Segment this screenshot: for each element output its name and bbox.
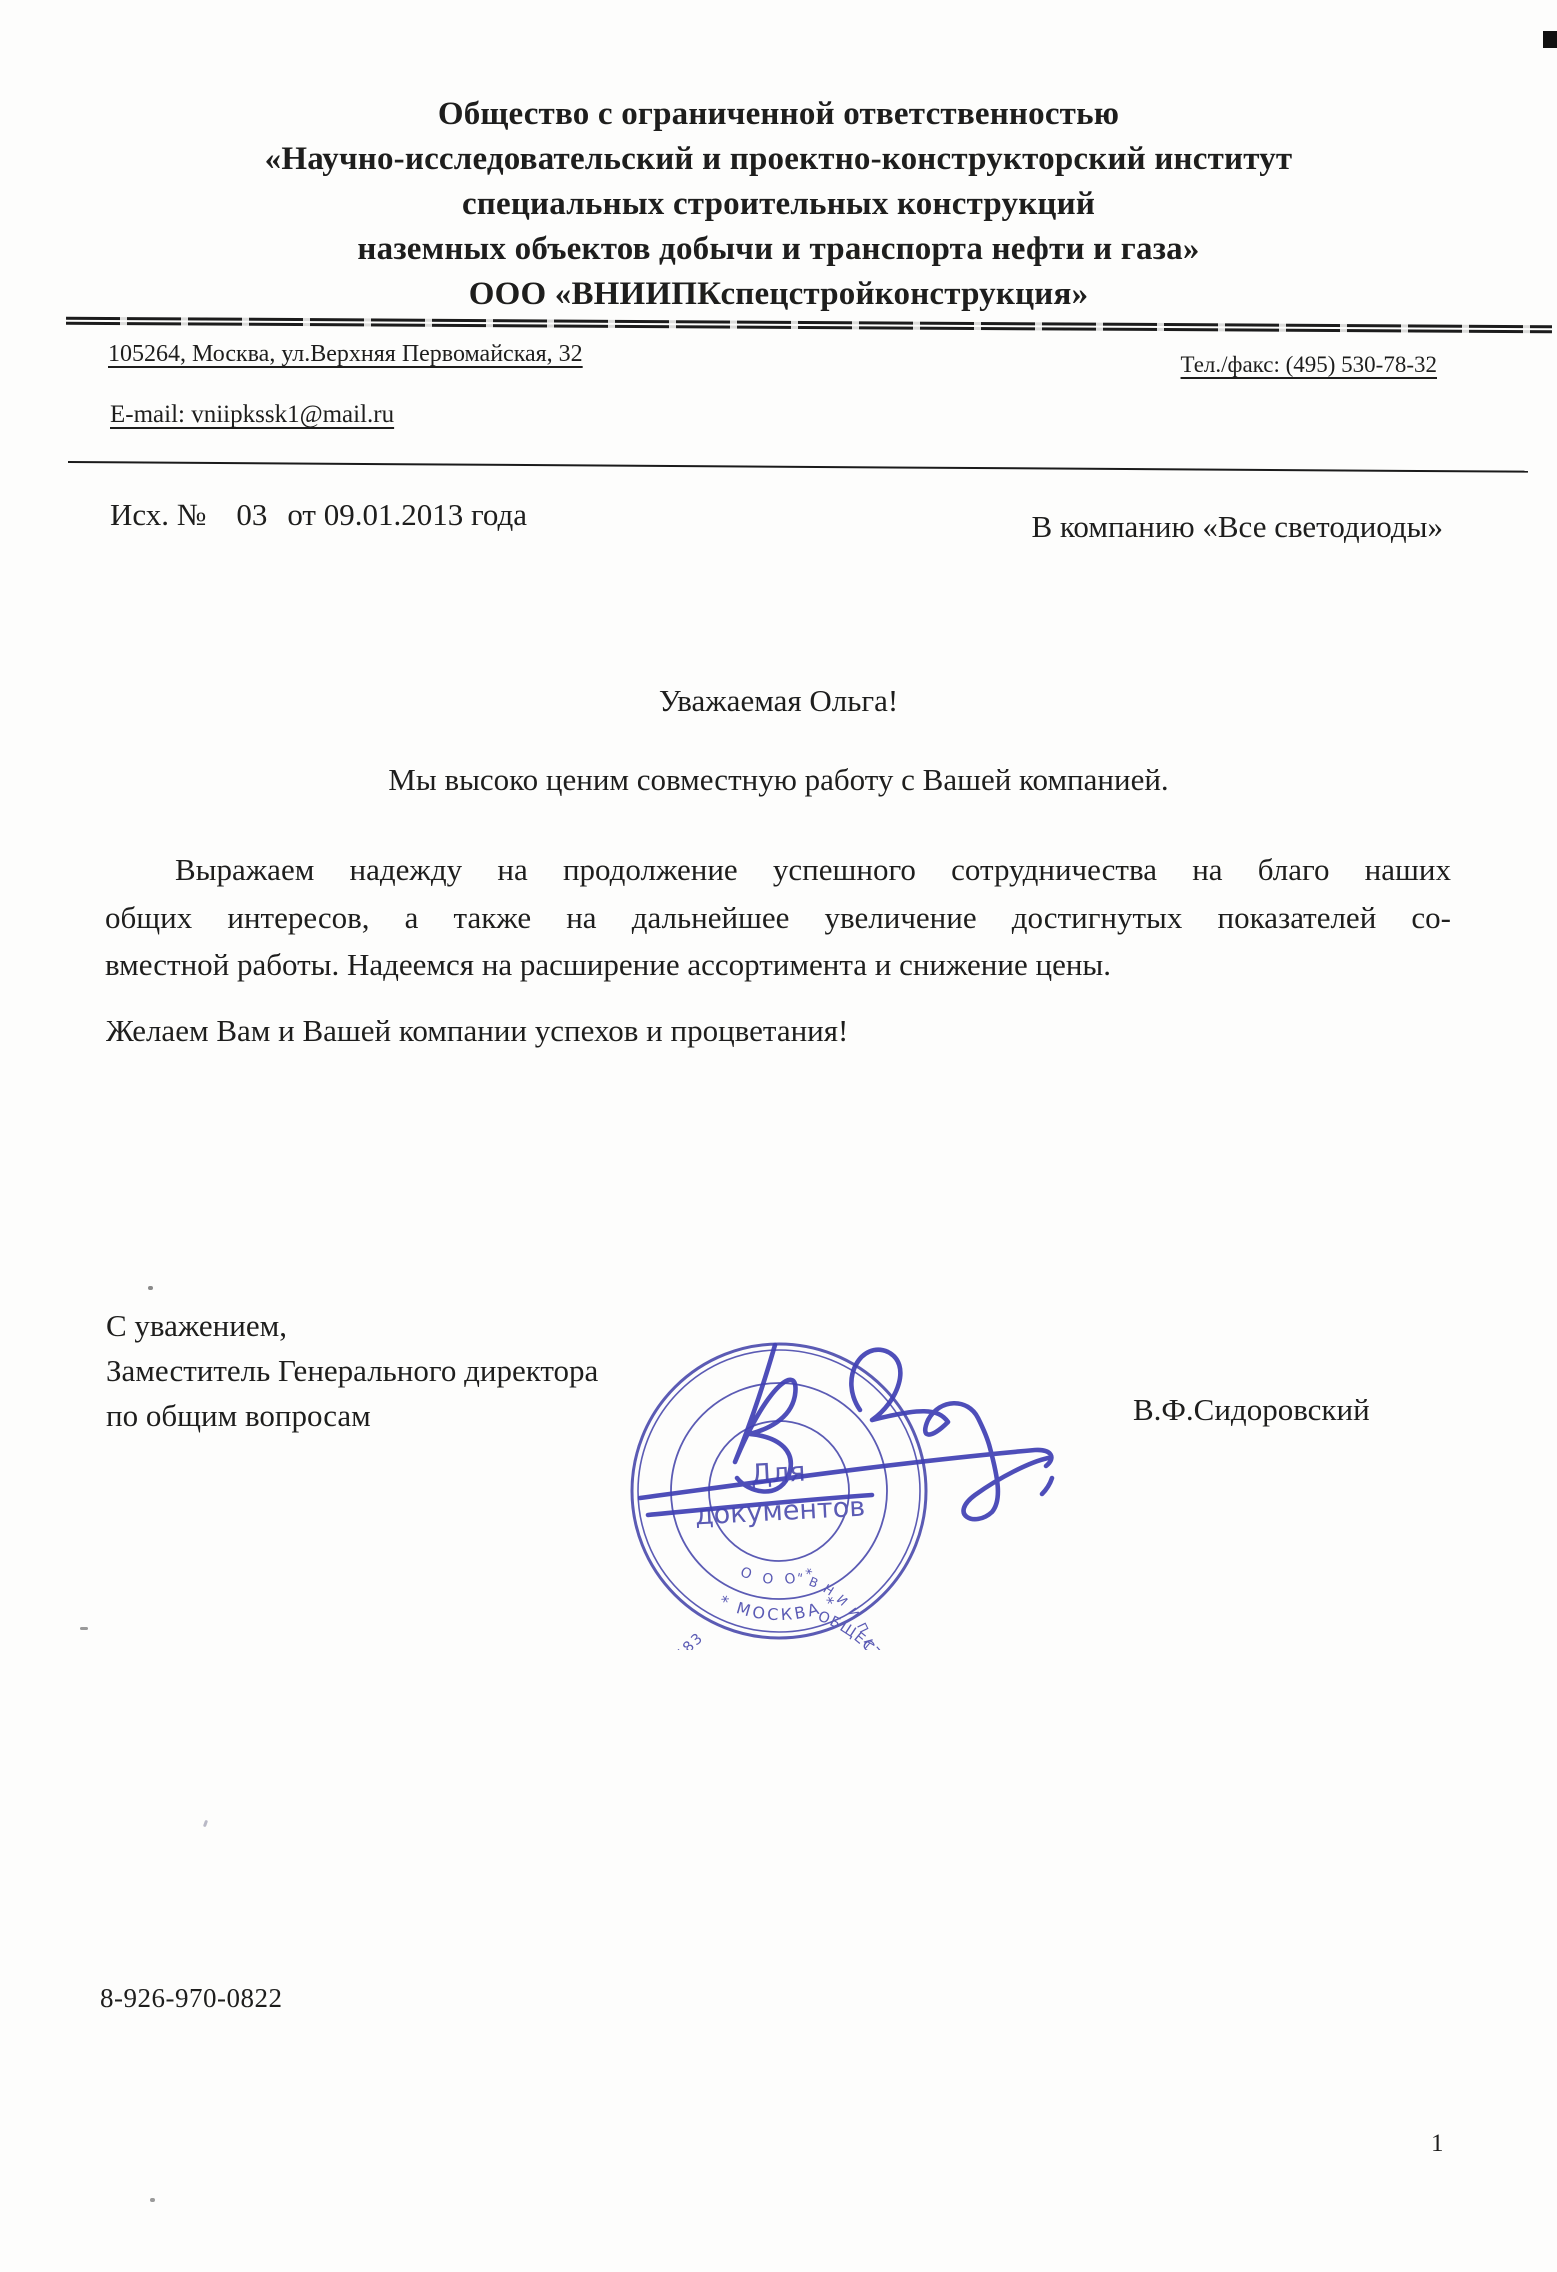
scan-speck (148, 1286, 153, 1290)
signer-name: В.Ф.Сидоровский (1133, 1392, 1370, 1428)
salutation: Уважаемая Ольга! (0, 683, 1557, 719)
signer-title-line2: по общим вопросам (106, 1393, 598, 1438)
reference-date: от 09.01.2013 года (287, 497, 527, 532)
closing-phrase: С уважением, (106, 1303, 598, 1348)
intro-sentence: Мы высоко ценим совместную работу с Ваше… (0, 762, 1557, 798)
letterhead-line: ООО «ВНИИПКспецстройконструкция» (0, 272, 1557, 317)
letterhead-line: наземных объектов добычи и транспорта не… (0, 227, 1557, 272)
signer-title-line1: Заместитель Генерального директора (106, 1348, 598, 1393)
paragraph-line: общих интересов, а также на дальнейшее у… (105, 894, 1451, 942)
main-paragraph: Выражаем надежду на продолжение успешног… (105, 846, 1451, 989)
contact-phone: 8-926-970-0822 (100, 1983, 282, 2014)
letterhead-line: специальных строительных конструкций (0, 182, 1557, 227)
letterhead: Общество с ограниченной ответственностью… (0, 92, 1557, 317)
company-email: E-mail: vniipkssk1@mail.ru (110, 401, 394, 429)
outgoing-reference: Исх. №03от 09.01.2013 года (110, 497, 527, 533)
scan-corner-mark (1543, 31, 1557, 48)
double-dashed-divider (66, 317, 1552, 335)
signoff-block: С уважением, Заместитель Генерального ди… (106, 1303, 598, 1438)
company-address: 105264, Москва, ул.Верхняя Первомайская,… (108, 341, 583, 368)
reference-label: Исх. № (110, 497, 206, 532)
letterhead-line: «Научно-исследовательский и проектно-кон… (0, 137, 1557, 182)
handwritten-signature (600, 1320, 1080, 1560)
recipient: В компанию «Все светодиоды» (1032, 509, 1444, 545)
scanned-letter-page: Общество с ограниченной ответственностью… (0, 0, 1557, 2272)
page-number: 1 (1431, 2130, 1444, 2158)
paragraph-line: вместной работы. Надеемся на расширение … (105, 941, 1451, 989)
reference-number: 03 (236, 497, 267, 532)
scan-speck (150, 2198, 155, 2202)
header-divider-line (68, 461, 1528, 473)
scan-speck (203, 1820, 208, 1828)
scan-speck (80, 1627, 88, 1630)
letterhead-line: Общество с ограниченной ответственностью (0, 92, 1557, 137)
paragraph-line: Выражаем надежду на продолжение успешног… (105, 846, 1451, 894)
wish-sentence: Желаем Вам и Вашей компании успехов и пр… (106, 1013, 848, 1049)
phone-fax: Тел./факс: (495) 530-78-32 (1181, 352, 1437, 378)
